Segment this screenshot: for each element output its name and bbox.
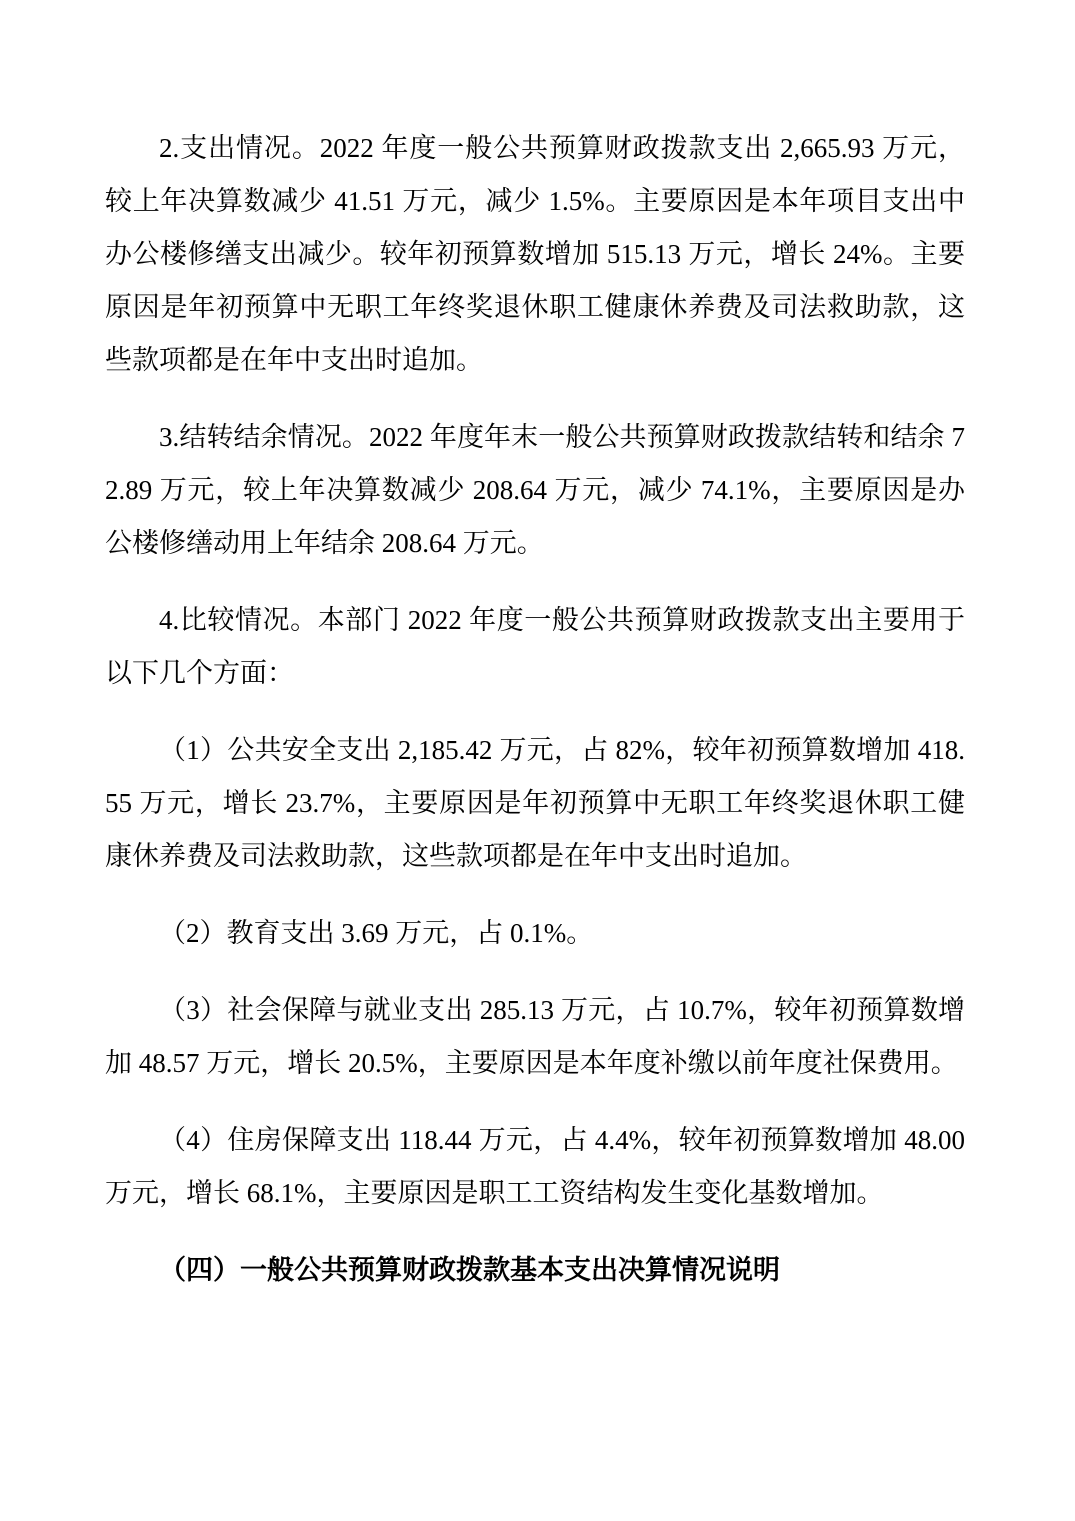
document-body: 2.支出情况。2022 年度一般公共预算财政拨款支出 2,665.93 万元，较… <box>105 122 965 1297</box>
section-heading-basic-expenditure: （四）一般公共预算财政拨款基本支出决算情况说明 <box>105 1244 965 1297</box>
paragraph-item-public-security: （1）公共安全支出 2,185.42 万元，占 82%，较年初预算数增加 418… <box>105 724 965 883</box>
paragraph-expenditure-overview: 2.支出情况。2022 年度一般公共预算财政拨款支出 2,665.93 万元，较… <box>105 122 965 387</box>
paragraph-item-housing: （4）住房保障支出 118.44 万元，占 4.4%，较年初预算数增加 48.0… <box>105 1114 965 1220</box>
paragraph-carryover-balance: 3.结转结余情况。2022 年度年末一般公共预算财政拨款结转和结余 72.89 … <box>105 411 965 570</box>
paragraph-item-social-security: （3）社会保障与就业支出 285.13 万元，占 10.7%，较年初预算数增加 … <box>105 984 965 1090</box>
document-page: 2.支出情况。2022 年度一般公共预算财政拨款支出 2,665.93 万元，较… <box>0 0 1075 1521</box>
paragraph-item-education: （2）教育支出 3.69 万元，占 0.1%。 <box>105 907 965 960</box>
paragraph-comparison-intro: 4.比较情况。本部门 2022 年度一般公共预算财政拨款支出主要用于以下几个方面… <box>105 594 965 700</box>
